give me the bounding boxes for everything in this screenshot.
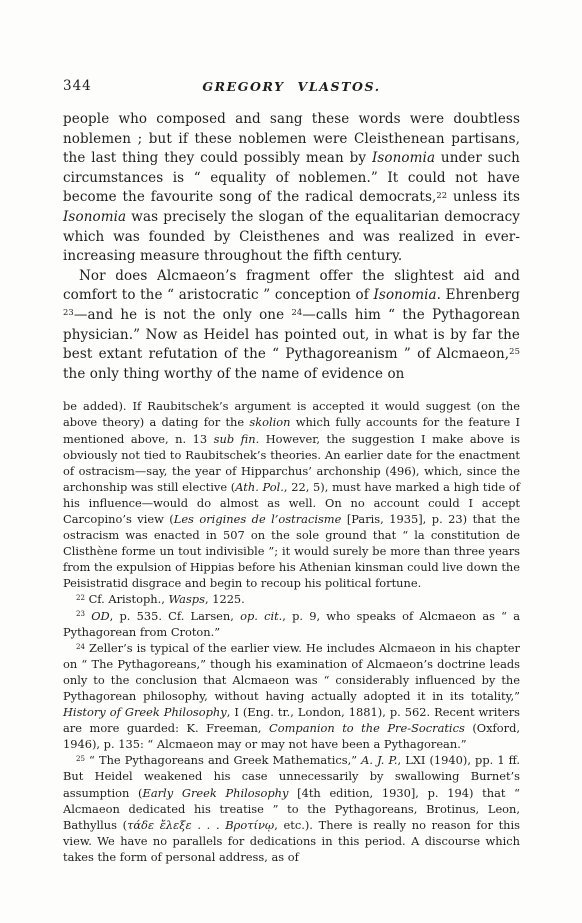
- footnote-continuation: be added). If Raubitschek’s argument is …: [63, 398, 520, 591]
- journal-page: 344 GREGORY VLASTOS. people who composed…: [0, 0, 582, 923]
- footnote-24: 24 Zeller’s is typical of the earlier vi…: [63, 640, 520, 753]
- page-header: 344 GREGORY VLASTOS.: [63, 78, 520, 98]
- footnote-22: 22 Cf. Aristoph., Wasps, 1225.: [63, 591, 520, 607]
- footnote-23: 23 OD, p. 535. Cf. Larsen, op. cit., p. …: [63, 608, 520, 640]
- footnote-25: 25 “ The Pythagoreans and Greek Mathemat…: [63, 752, 520, 865]
- main-text: people who composed and sang these words…: [63, 110, 520, 384]
- body-paragraph-2: Nor does Alcmaeon’s fragment offer the s…: [63, 267, 520, 385]
- footnotes: be added). If Raubitschek’s argument is …: [63, 398, 520, 865]
- running-head: GREGORY VLASTOS.: [63, 79, 520, 94]
- body-paragraph-1: people who composed and sang these words…: [63, 110, 520, 267]
